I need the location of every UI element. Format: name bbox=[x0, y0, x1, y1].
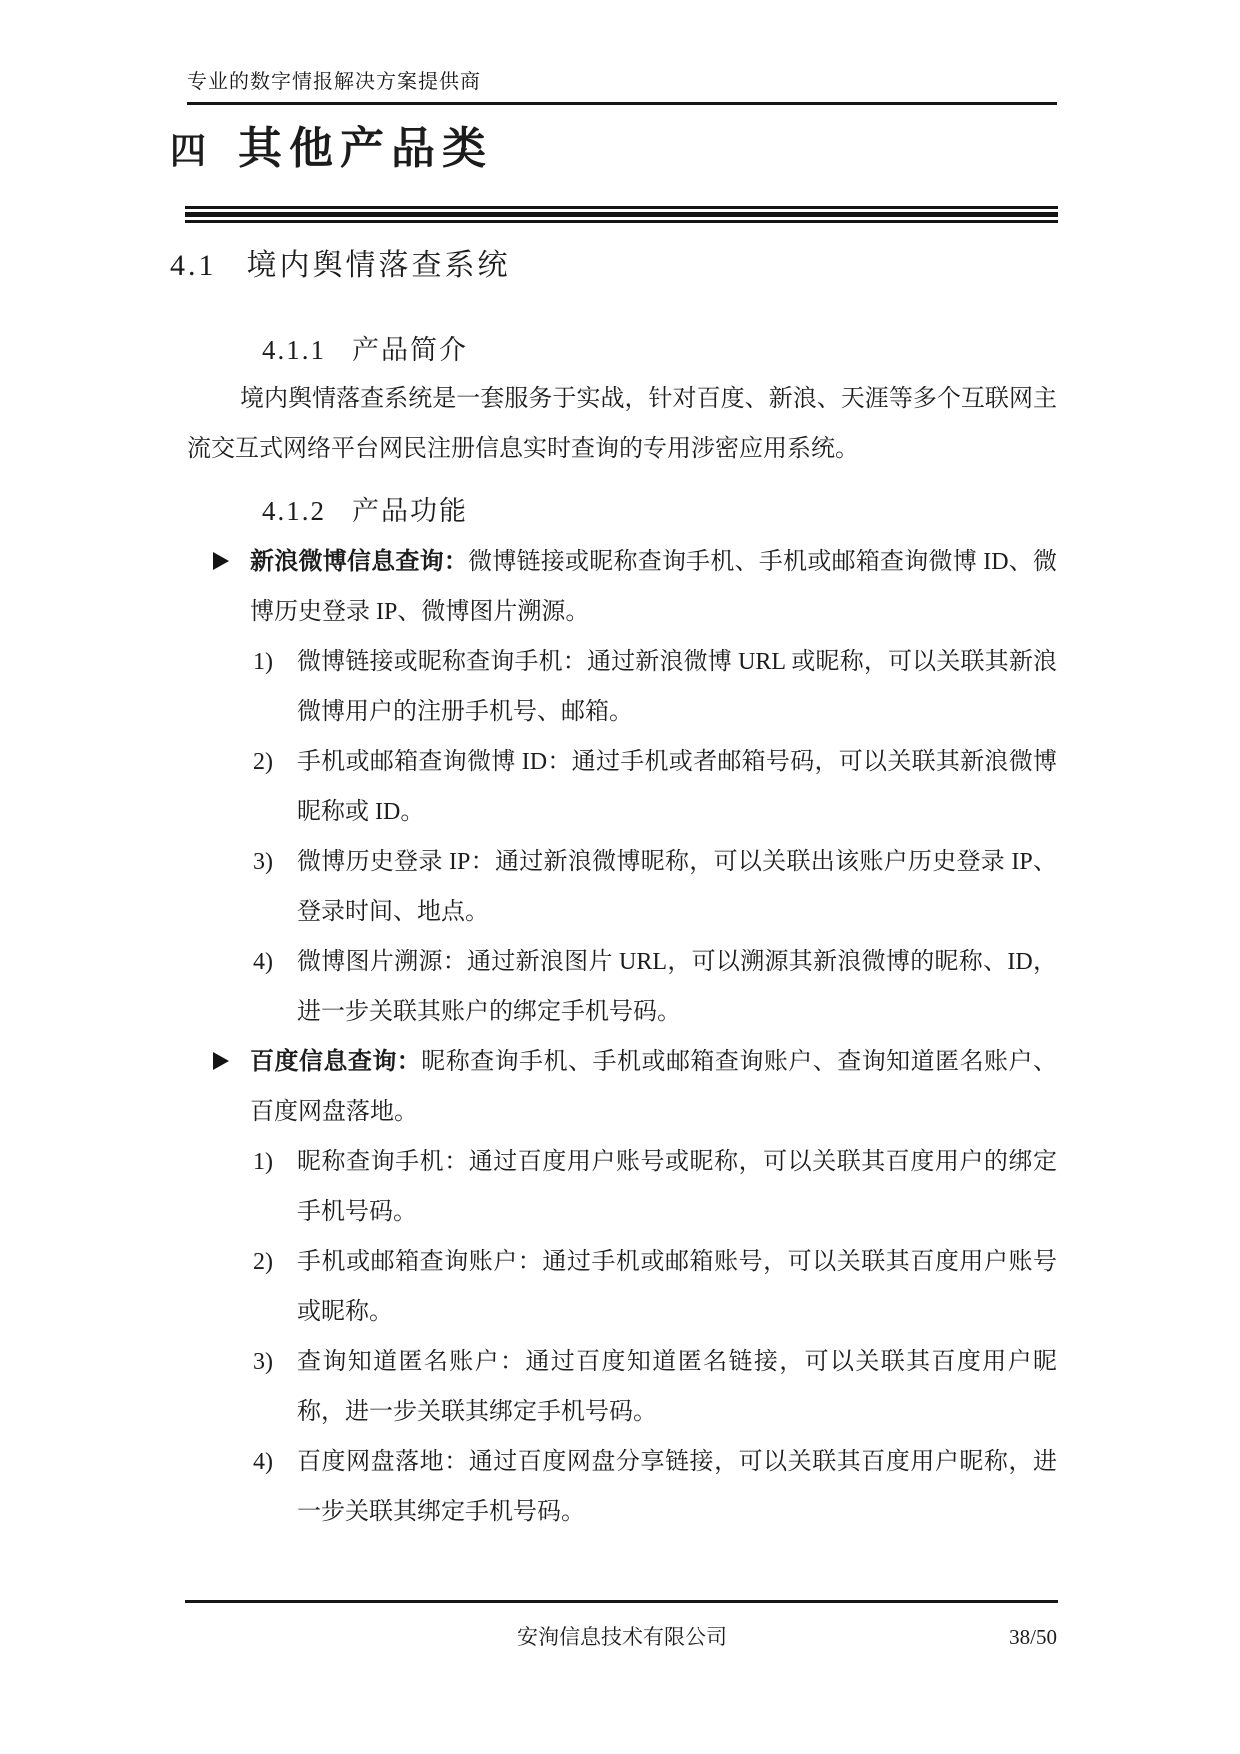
item-text: 手机或邮箱查询账户：通过手机或邮箱账号，可以关联其百度用户账号或昵称。 bbox=[297, 1249, 1057, 1325]
item-text: 昵称查询手机：通过百度用户账号或昵称，可以关联其百度用户的绑定手机号码。 bbox=[297, 1149, 1057, 1225]
item-number: 2) bbox=[253, 737, 273, 787]
numbered-item: 3)微博历史登录 IP：通过新浪微博昵称，可以关联出该账户历史登录 IP、登录时… bbox=[187, 837, 1057, 937]
numbered-item: 2)手机或邮箱查询账户：通过手机或邮箱账号，可以关联其百度用户账号或昵称。 bbox=[187, 1237, 1057, 1337]
subsection-number: 4.1.1 bbox=[262, 335, 326, 365]
document-page: 专业的数字情报解决方案提供商 四其他产品类 4.1境内舆情落查系统 4.1.1产… bbox=[0, 0, 1240, 1754]
subsection-title: 产品简介 bbox=[352, 335, 468, 365]
section-title: 境内舆情落查系统 bbox=[247, 249, 511, 282]
bullet-label: 新浪微博信息查询： bbox=[250, 549, 468, 575]
chapter-divider bbox=[185, 206, 1058, 223]
subsection-heading-functions: 4.1.2产品功能 bbox=[262, 493, 468, 529]
item-text: 百度网盘落地：通过百度网盘分享链接，可以关联其百度用户昵称，进一步关联其绑定手机… bbox=[297, 1449, 1057, 1525]
item-number: 3) bbox=[253, 837, 273, 887]
item-text: 微博图片溯源：通过新浪图片 URL，可以溯源其新浪微博的昵称、ID，进一步关联其… bbox=[297, 949, 1057, 1025]
page-footer: 安洵信息技术有限公司 38/50 bbox=[187, 1621, 1057, 1653]
item-text: 手机或邮箱查询微博 ID：通过手机或者邮箱号码，可以关联其新浪微博昵称或 ID。 bbox=[297, 749, 1057, 825]
intro-paragraph: 境内舆情落查系统是一套服务于实战，针对百度、新浪、天涯等多个互联网主流交互式网络… bbox=[187, 374, 1057, 474]
section-number: 4.1 bbox=[170, 249, 217, 282]
numbered-item: 4)百度网盘落地：通过百度网盘分享链接，可以关联其百度用户昵称，进一步关联其绑定… bbox=[187, 1437, 1057, 1537]
page-header: 专业的数字情报解决方案提供商 bbox=[187, 70, 1057, 105]
function-list: 新浪微博信息查询：微博链接或昵称查询手机、手机或邮箱查询微博 ID、微博历史登录… bbox=[187, 537, 1057, 1537]
chapter-title: 其他产品类 bbox=[238, 124, 493, 173]
bullet-item: 百度信息查询：昵称查询手机、手机或邮箱查询账户、查询知道匿名账户、百度网盘落地。 bbox=[187, 1037, 1057, 1137]
item-number: 1) bbox=[253, 637, 273, 687]
numbered-item: 3)查询知道匿名账户：通过百度知道匿名链接，可以关联其百度用户昵称，进一步关联其… bbox=[187, 1337, 1057, 1437]
numbered-item: 1)微博链接或昵称查询手机：通过新浪微博 URL 或昵称，可以关联其新浪微博用户… bbox=[187, 637, 1057, 737]
numbered-item: 2)手机或邮箱查询微博 ID：通过手机或者邮箱号码，可以关联其新浪微博昵称或 I… bbox=[187, 737, 1057, 837]
item-text: 查询知道匿名账户：通过百度知道匿名链接，可以关联其百度用户昵称，进一步关联其绑定… bbox=[297, 1349, 1057, 1425]
item-number: 4) bbox=[253, 1437, 273, 1487]
header-slogan: 专业的数字情报解决方案提供商 bbox=[187, 70, 1057, 94]
item-text: 微博历史登录 IP：通过新浪微博昵称，可以关联出该账户历史登录 IP、登录时间、… bbox=[297, 849, 1057, 925]
footer-divider bbox=[185, 1600, 1058, 1603]
chapter-number: 四 bbox=[170, 131, 208, 171]
item-number: 2) bbox=[253, 1237, 273, 1287]
subsection-heading-intro: 4.1.1产品简介 bbox=[262, 332, 468, 368]
numbered-item: 1)昵称查询手机：通过百度用户账号或昵称，可以关联其百度用户的绑定手机号码。 bbox=[187, 1137, 1057, 1237]
bullet-label: 百度信息查询： bbox=[250, 1049, 421, 1075]
bullet-item: 新浪微博信息查询：微博链接或昵称查询手机、手机或邮箱查询微博 ID、微博历史登录… bbox=[187, 537, 1057, 637]
item-number: 4) bbox=[253, 937, 273, 987]
chapter-heading: 四其他产品类 bbox=[170, 120, 493, 188]
chapter-divider-bar bbox=[185, 212, 1058, 217]
item-text: 微博链接或昵称查询手机：通过新浪微博 URL 或昵称，可以关联其新浪微博用户的注… bbox=[297, 649, 1057, 725]
footer-company: 安洵信息技术有限公司 bbox=[187, 1621, 1057, 1653]
subsection-number: 4.1.2 bbox=[262, 496, 326, 526]
item-number: 3) bbox=[253, 1337, 273, 1387]
numbered-item: 4)微博图片溯源：通过新浪图片 URL，可以溯源其新浪微博的昵称、ID，进一步关… bbox=[187, 937, 1057, 1037]
item-number: 1) bbox=[253, 1137, 273, 1187]
footer-page-number: 38/50 bbox=[1009, 1621, 1057, 1653]
section-heading: 4.1境内舆情落查系统 bbox=[170, 246, 511, 286]
subsection-title: 产品功能 bbox=[352, 496, 468, 526]
